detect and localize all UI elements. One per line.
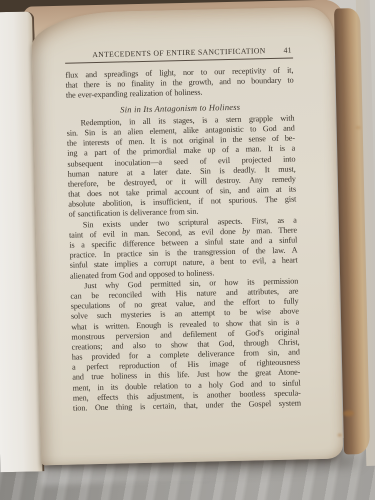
book: ANTECEDENTS OF ENTIRE SANCTIFICATION 41 … [0, 0, 375, 500]
page-number: 41 [283, 45, 292, 56]
running-head-title: ANTECEDENTS OF ENTIRE SANCTIFICATION [92, 46, 266, 59]
page-content: ANTECEDENTS OF ENTIRE SANCTIFICATION 41 … [65, 45, 301, 414]
photo-of-open-book: ANTECEDENTS OF ENTIRE SANCTIFICATION 41 … [0, 0, 375, 500]
page-body: flux and spreadings of light, nor to our… [65, 66, 301, 414]
stain-mark [338, 434, 342, 437]
